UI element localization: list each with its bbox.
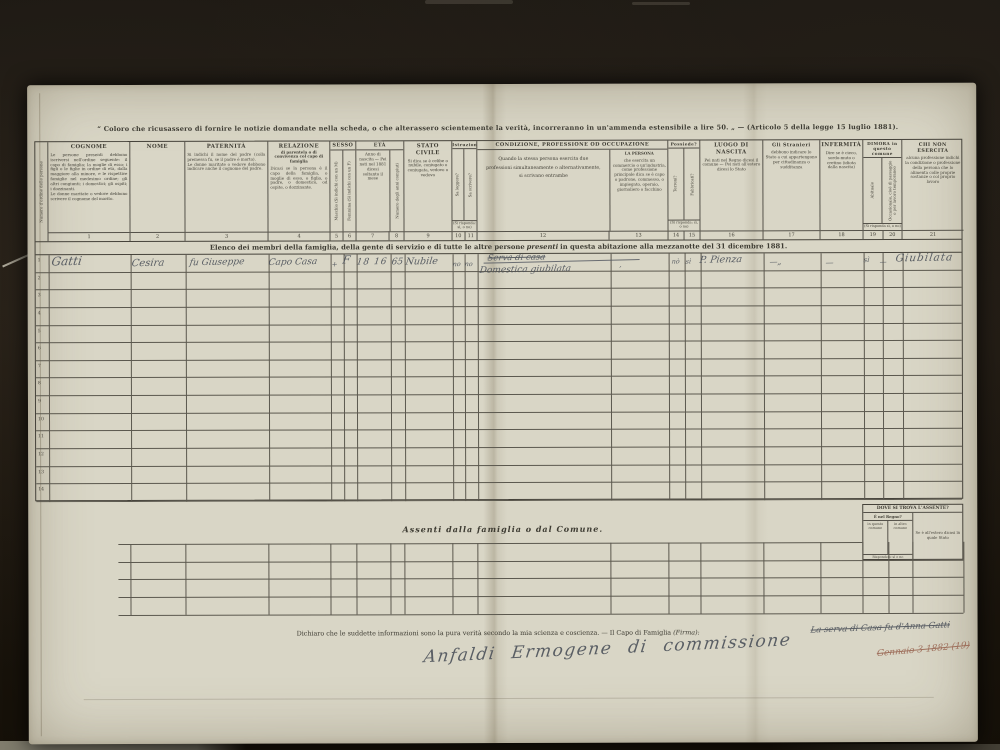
title-text: Elenco dei membri della famiglia, della … bbox=[210, 243, 525, 252]
column-header-luogo-nascita: LUOGO DI NASCITA Pei nati nel Regno dice… bbox=[700, 140, 763, 239]
column-number: 19 bbox=[864, 230, 884, 239]
column-note: che esercita un commercio o un'industria… bbox=[610, 156, 668, 230]
column-label: Terreni? bbox=[674, 176, 678, 192]
entry-infermita: — bbox=[825, 258, 834, 267]
assenti-row-rule bbox=[119, 613, 964, 616]
column-header-fabbricati: Fabbricati? bbox=[684, 148, 700, 219]
column-header-sesso: SESSO Maschio (Si indichi con un M) Femm… bbox=[330, 141, 356, 240]
column-number: 21 bbox=[903, 230, 964, 239]
column-number: 13 bbox=[610, 231, 668, 240]
entry-sesso-maschio: + bbox=[331, 260, 338, 268]
column-note bbox=[130, 151, 184, 232]
entry-anni-compiuti: 65 bbox=[391, 257, 404, 267]
column-label: Maschio (Si indichi con un M) bbox=[334, 161, 338, 220]
table-surface-streak bbox=[425, 0, 513, 4]
column-label: Numero degli anni compiuti bbox=[395, 163, 399, 218]
box-title: DOVE SI TROVA L'ASSENTE? bbox=[863, 505, 962, 513]
assenti-column-rule bbox=[477, 543, 478, 614]
assenti-column-rule bbox=[610, 543, 611, 614]
column-header-anno-nascita: Anno di nascita — Pei nati nel 1881 dice… bbox=[356, 150, 390, 231]
entry-sesso-femmina: F bbox=[342, 253, 351, 266]
column-number: 11 bbox=[465, 231, 477, 240]
column-number: 3 bbox=[186, 232, 268, 241]
column-header-cognome: COGNOME Le persone presenti debbono iscr… bbox=[48, 142, 130, 241]
row-number: 13 bbox=[38, 470, 44, 475]
column-number: 7 bbox=[357, 231, 390, 240]
column-header-possiede: Possiede? Terreni? Fabbricati? (Si rispo… bbox=[668, 140, 700, 239]
entry-cognome: Gatti bbox=[51, 254, 83, 269]
column-header-nome: NOME 2 bbox=[130, 142, 185, 241]
column-header-eta: ETÀ Anno di nascita — Pei nati nel 1881 … bbox=[356, 141, 404, 240]
entry-relazione: Capo Casa bbox=[268, 257, 318, 268]
row-number: 9 bbox=[38, 399, 41, 404]
group-title: CONDIZIONE, PROFESSIONE OD OCCUPAZIONE bbox=[477, 141, 667, 150]
photo-of-census-form: “ Coloro che ricusassero di fornire le n… bbox=[0, 0, 1000, 750]
entry-dimora-occasionale: — bbox=[879, 258, 887, 266]
signature-crossed-out: La serva di Casa fu d'Anna Gatti bbox=[810, 620, 950, 635]
entry-sa-scrivere: no bbox=[464, 260, 473, 268]
assenti-column-rule bbox=[330, 543, 331, 614]
note-text: Le persone presenti debbono iscriversi n… bbox=[50, 152, 127, 191]
column-label: Sa scrivere? bbox=[469, 173, 473, 197]
group-title: DIMORA in questo comune bbox=[863, 140, 901, 158]
title-emphasis: presenti bbox=[527, 243, 559, 251]
column-number: 9 bbox=[405, 231, 452, 240]
table-row: 14 bbox=[36, 482, 962, 502]
entry-terreni: nò bbox=[671, 257, 680, 265]
column-note: Si indichi il nome del padre (colla prem… bbox=[185, 150, 267, 231]
column-note: Dire se è cieco, sordo-muto o cretino (i… bbox=[820, 149, 862, 230]
census-table: Numero d'ordine delle persone COGNOME Le… bbox=[34, 139, 963, 501]
column-note: Le persone presenti debbono iscriversi n… bbox=[48, 151, 129, 232]
column-note: Dicasi se la persona è il capo della fam… bbox=[268, 164, 329, 231]
entry-chi-non-esercita: Giubilata bbox=[895, 251, 954, 264]
column-note: Anno di nascita — Pei nati nel 1881 dice… bbox=[356, 150, 389, 231]
entry-anno-nascita: 18 16 bbox=[356, 257, 388, 268]
column-title: NOME bbox=[130, 142, 184, 151]
assenti-column-rule bbox=[820, 542, 821, 613]
census-form-sheet: “ Coloro che ricusassero di fornire le n… bbox=[27, 83, 978, 744]
assenti-column-rule bbox=[452, 543, 453, 614]
column-label: Occasionale, cioè di passaggio o per lav… bbox=[888, 160, 897, 222]
column-number: 14 bbox=[669, 231, 685, 240]
column-header-paternita: PATERNITÀ Si indichi il nome del padre (… bbox=[185, 142, 268, 241]
group-title: Possiede? bbox=[668, 140, 699, 148]
column-number: 10 bbox=[453, 231, 466, 240]
column-header-istruzione: Istruzione Sa leggere? Sa scrivere? (Si … bbox=[452, 141, 477, 240]
column-label: Abituale bbox=[870, 182, 874, 198]
column-header-abituale: Abituale bbox=[863, 158, 882, 223]
column-header-femmina: Femmina (Si indichi con un F) bbox=[343, 150, 356, 231]
column-note: Quando la stessa persona esercita due pr… bbox=[477, 150, 609, 231]
column-number: 8 bbox=[390, 231, 404, 240]
assenti-column-rule bbox=[888, 542, 889, 613]
row-number: 7 bbox=[38, 364, 41, 369]
assenti-column-rule bbox=[862, 542, 863, 613]
entry-sa-leggere: no bbox=[452, 260, 461, 268]
box-cell-questo-comune: in questo comune bbox=[863, 521, 888, 554]
assenti-column-rule bbox=[963, 542, 964, 613]
column-header-sa-leggere: Sa leggere? bbox=[452, 149, 464, 220]
column-header-condizione: CONDIZIONE, PROFESSIONE OD OCCUPAZIONE Q… bbox=[477, 141, 668, 240]
row-number: 11 bbox=[38, 434, 44, 439]
column-label: Sa leggere? bbox=[456, 173, 460, 196]
column-title: COGNOME bbox=[48, 142, 129, 151]
column-header-stato-civile: STATO CIVILE Si dica se è celibe o nubil… bbox=[404, 141, 452, 240]
column-label: Femmina (Si indichi con un F) bbox=[348, 161, 352, 221]
assenti-column-rule bbox=[185, 544, 186, 615]
row-number: 2 bbox=[38, 276, 41, 281]
column-number: 18 bbox=[821, 230, 863, 239]
column-title: STATO CIVILE bbox=[404, 141, 451, 157]
assenti-column-rule bbox=[130, 544, 131, 615]
entry-dimora-abituale: sì bbox=[863, 256, 870, 264]
entry-stato-civile: Nubile bbox=[405, 256, 439, 268]
assenti-column-rule bbox=[268, 544, 269, 615]
box-subtitle: È nel Regno? bbox=[863, 513, 912, 521]
column-number: 15 bbox=[685, 230, 700, 239]
table-header-row: Numero d'ordine delle persone COGNOME Le… bbox=[35, 140, 961, 242]
row-number: 12 bbox=[38, 452, 44, 457]
table-surface-streak bbox=[632, 2, 690, 5]
column-header-sa-scrivere: Sa scrivere? bbox=[464, 149, 477, 220]
entry-fabbricati: sì bbox=[685, 257, 692, 265]
entry-nome: Cesira bbox=[131, 258, 165, 270]
row-number: 4 bbox=[38, 311, 41, 316]
column-header-anni-compiuti: Numero degli anni compiuti bbox=[390, 150, 404, 231]
group-title: SESSO bbox=[330, 141, 355, 150]
group-note: (Si risponda: sì, o no) bbox=[452, 220, 476, 231]
assenti-column-rule bbox=[356, 543, 357, 614]
entry-stranieri: —„ bbox=[769, 257, 782, 266]
assenti-row-rule bbox=[118, 577, 963, 580]
column-subtitle: di parentela o di convivenza col capo di… bbox=[268, 150, 329, 164]
column-number: 16 bbox=[701, 230, 763, 239]
column-label: Numero d'ordine delle persone bbox=[39, 161, 43, 223]
row-number: 3 bbox=[38, 293, 41, 298]
row-number: 6 bbox=[38, 346, 41, 351]
group-title: ETÀ bbox=[356, 141, 403, 150]
note-text: Le donne maritate o vedove debbono scriv… bbox=[50, 191, 127, 201]
entry-paternita: fu Giuseppe bbox=[189, 257, 245, 268]
column-header-occasionale: Occasionale, cioè di passaggio o per lav… bbox=[882, 158, 902, 223]
column-note: debbono indicare lo Stato a cui apparten… bbox=[763, 148, 819, 230]
assenti-column-rule bbox=[700, 542, 701, 613]
declaration-text: Dichiaro che le suddette informazioni so… bbox=[297, 629, 672, 638]
group-title: Istruzione bbox=[452, 141, 476, 149]
row-number: 10 bbox=[38, 417, 44, 422]
box-cell-estero: Se è all'estero dicasi in quale Stato bbox=[913, 513, 962, 559]
column-number: 12 bbox=[478, 231, 610, 240]
assenti-column-rule bbox=[912, 542, 913, 613]
column-label: Fabbricati? bbox=[690, 173, 694, 195]
title-text: in questa abitazione alla mezzanotte del… bbox=[560, 242, 787, 251]
assenti-column-rule bbox=[404, 543, 405, 614]
row-number: 14 bbox=[38, 487, 44, 492]
table-surface-edge bbox=[770, 744, 1000, 750]
legal-warning-line: “ Coloro che ricusassero di fornire le n… bbox=[27, 123, 968, 133]
assenti-column-rule bbox=[763, 542, 764, 613]
note-text: Le donne maritate o vedove debbono indic… bbox=[187, 161, 265, 171]
row-number: 5 bbox=[38, 329, 41, 334]
column-number: 1 bbox=[49, 232, 130, 241]
column-header-stranieri: Gli Stranieri debbono indicare lo Stato … bbox=[763, 140, 820, 239]
column-title: INFERMITÀ bbox=[820, 140, 862, 149]
bottom-crease bbox=[84, 697, 934, 700]
column-header-maschio: Maschio (Si indichi con un M) bbox=[330, 150, 343, 231]
column-header-dimora: DIMORA in questo comune Abituale Occasio… bbox=[863, 140, 902, 239]
assenti-column-rule bbox=[668, 543, 669, 614]
entry-luogo-nascita: P. Pienza bbox=[699, 254, 743, 266]
column-number: 4 bbox=[269, 231, 330, 240]
column-title: LUOGO DI NASCITA bbox=[700, 140, 762, 156]
box-cell-altro-comune: in altro comune bbox=[888, 521, 912, 554]
table-rows-area: 1234567891011121314 bbox=[36, 253, 963, 502]
column-header-numero-ordine: Numero d'ordine delle persone bbox=[35, 142, 48, 241]
column-header-due-professioni: Quando la stessa persona esercita due pr… bbox=[477, 150, 610, 231]
group-note: (Si risponda: sì, o no) bbox=[668, 220, 699, 231]
column-number: 5 bbox=[331, 231, 344, 240]
column-header-la-persona: LA PERSONA che esercita un commercio o u… bbox=[610, 150, 668, 231]
entry-condizione: Domestica giubilata bbox=[479, 264, 572, 276]
column-number: 20 bbox=[883, 230, 902, 239]
row-number: 8 bbox=[38, 382, 41, 387]
column-number: 17 bbox=[764, 230, 820, 239]
column-header-chi-non-esercita: CHI NON ESERCITA alcuna professione indi… bbox=[902, 140, 963, 239]
assenti-section-title: Assenti dalla famiglia o dal Comune. bbox=[28, 523, 977, 535]
row-number: 1 bbox=[38, 258, 41, 263]
column-header-relazione: RELAZIONE di parentela o di convivenza c… bbox=[268, 141, 330, 240]
column-header-infermita: INFERMITÀ Dire se è cieco, sordo-muto o … bbox=[820, 140, 863, 239]
red-pencil-note: Gennaio 3 1882 (19) bbox=[877, 641, 971, 659]
assenti-row-rule bbox=[118, 595, 963, 598]
column-header-terreni: Terreni? bbox=[668, 149, 684, 220]
column-note: alcuna professione indichi la condizione… bbox=[902, 154, 963, 230]
column-number: 6 bbox=[344, 231, 356, 240]
column-title: CHI NON ESERCITA bbox=[902, 140, 963, 154]
note-text: Si indichi il nome del padre (colla prem… bbox=[187, 151, 265, 161]
column-note: Si dica se è celibe o nubile, coniugato … bbox=[404, 157, 451, 232]
column-number: 2 bbox=[131, 232, 185, 241]
assenti-row-rule bbox=[118, 559, 963, 562]
assenti-column-rule bbox=[390, 543, 391, 614]
column-title: PATERNITÀ bbox=[185, 142, 267, 151]
column-note: Pei nati nel Regno dicesi il comune — Pe… bbox=[700, 156, 762, 231]
column-title: Gli Stranieri bbox=[763, 140, 819, 148]
